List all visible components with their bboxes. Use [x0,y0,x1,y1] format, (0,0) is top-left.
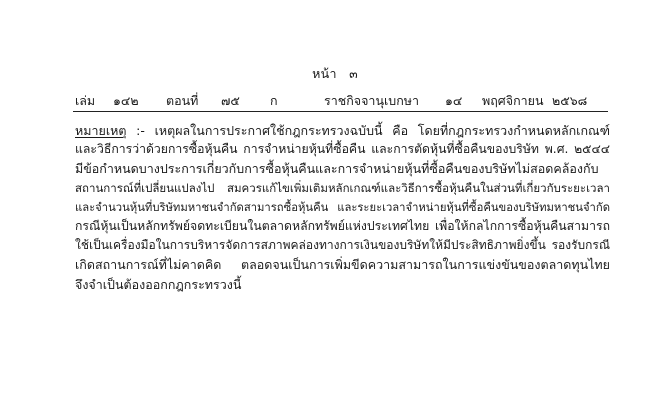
note-line-7: ใช้เป็นเครื่องมือในการบริหารจัดการสภาพคล… [75,236,610,255]
page-number: หน้า ๓ [0,64,670,84]
note-line-9: จึงจำเป็นต้องออกกฎกระทรวงนี้ [75,275,610,294]
note-line-3: มีข้อกำหนดบางประการเกี่ยวกับการซื้อหุ้นค… [75,159,610,178]
issue-label: ตอนที่ [166,91,198,111]
volume-label: เล่ม [75,91,95,111]
note-line-4: สถานการณ์ที่เปลี่ยนแปลงไป สมควรแก้ไขเพิ่… [75,179,610,198]
note-label: หมายเหตุ [75,123,126,138]
gazette-name: ราชกิจจานุเบกษา [324,91,419,111]
note-line-1: หมายเหตุ :- เหตุผลในการประกาศใช้กฎกระทรว… [75,121,610,140]
date-day: ๑๔ [445,91,462,111]
page-number-label: หน้า [312,66,337,81]
page-number-value: ๓ [349,66,358,81]
note-separator: :- [136,123,145,138]
note-line-2: และวิธีการว่าด้วยการซื้อหุ้นคืน การจำหน่… [75,140,610,159]
volume-number: ๑๔๒ [113,91,139,111]
gazette-header: เล่ม ๑๔๒ ตอนที่ ๗๕ ก ราชกิจจานุเบกษา ๑๔ … [75,91,607,111]
issue-number: ๗๕ [221,91,240,111]
note-line-5: และจำนวนหุ้นที่บริษัทมหาชนจำกัดสามารถซื้… [75,198,610,217]
note-paragraph: หมายเหตุ :- เหตุผลในการประกาศใช้กฎกระทรว… [75,121,610,294]
header-divider [73,111,608,112]
date-month: พฤศจิกายน [482,91,544,111]
note-line-8: เกิดสถานการณ์ที่ไม่คาดคิด ตลอดจนเป็นการเ… [75,255,610,274]
note-line-6: กรณีหุ้นเป็นหลักทรัพย์จดทะเบียนในตลาดหลั… [75,217,610,236]
note-line-text: เหตุผลในการประกาศใช้กฎกระทรวงฉบับนี้ คือ… [155,123,610,138]
date-year: ๒๕๖๘ [552,91,587,111]
section-letter: ก [270,91,278,111]
